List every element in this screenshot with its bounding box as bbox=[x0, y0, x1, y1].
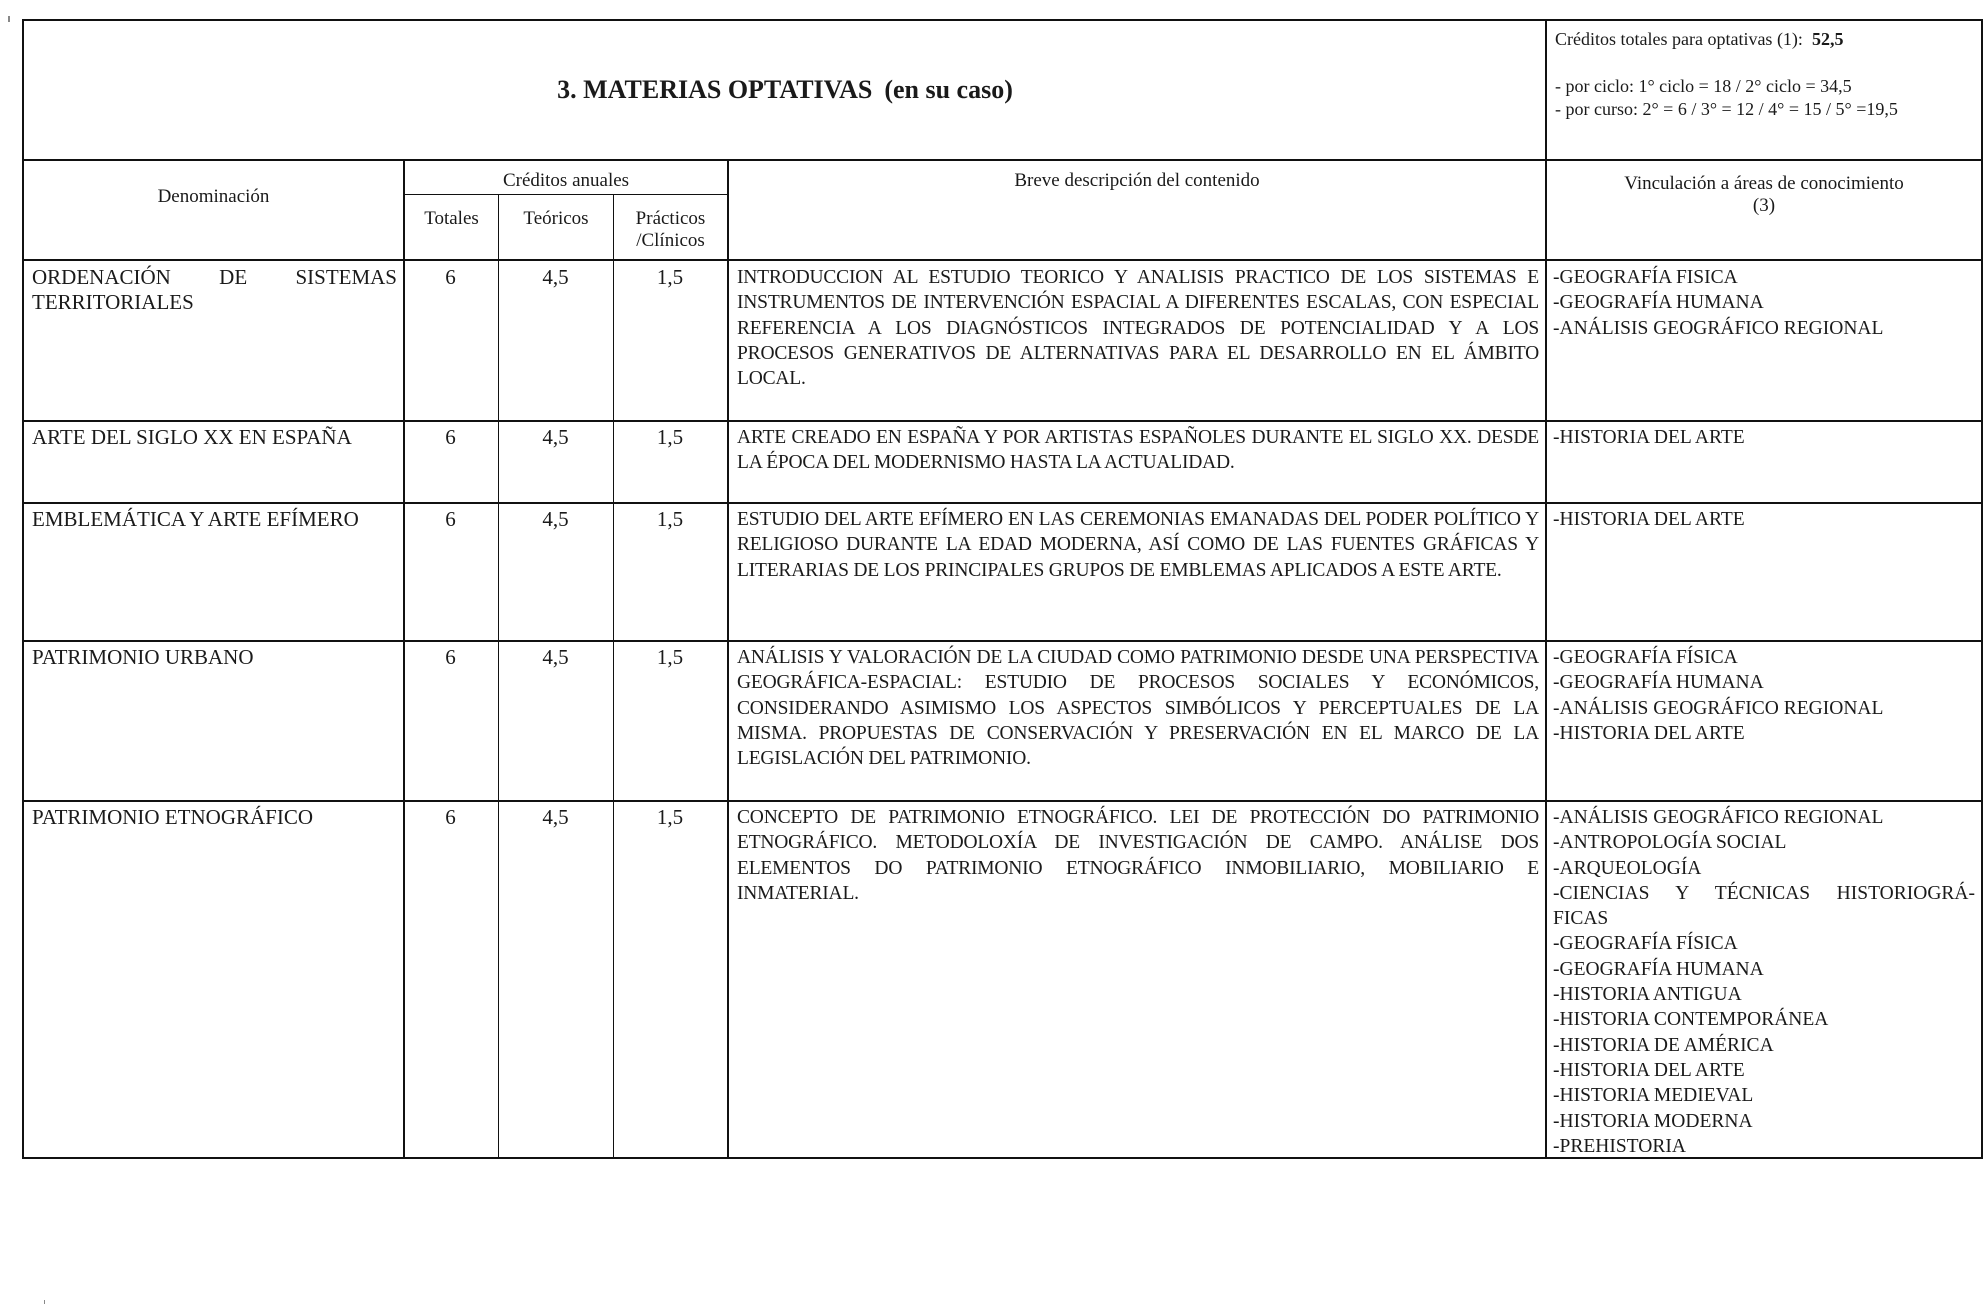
subject-name: ORDENACIÓN DE SISTEMAS TERRITORIALES bbox=[24, 265, 403, 315]
knowledge-areas-list: -ANÁLISIS GEOGRÁFICO REGIONAL-ANTROPOLOG… bbox=[1547, 805, 1981, 1159]
knowledge-area-item: -HISTORIA MEDIEVAL bbox=[1553, 1083, 1975, 1108]
credits-por-curso: - por curso: 2° = 6 / 3° = 12 / 4° = 15 … bbox=[1555, 98, 1985, 121]
knowledge-area-item: -HISTORIA CONTEMPORÁNEA bbox=[1553, 1007, 1975, 1032]
table-border bbox=[22, 259, 1983, 261]
knowledge-area-item: -GEOGRAFÍA FÍSICA bbox=[1553, 931, 1975, 956]
table-border bbox=[403, 194, 729, 195]
scan-artifact bbox=[44, 1300, 45, 1304]
table-border bbox=[1981, 503, 1983, 641]
knowledge-area-item: -HISTORIA DE AMÉRICA bbox=[1553, 1033, 1975, 1058]
header-practicos-line2: /Clínicos bbox=[614, 230, 727, 252]
section-title-text: 3. MATERIAS OPTATIVAS bbox=[557, 75, 872, 105]
total-credits-value: 52,5 bbox=[1812, 29, 1844, 49]
credits-totales: 6 bbox=[403, 265, 498, 290]
knowledge-area-item: -ANÁLISIS GEOGRÁFICO REGIONAL bbox=[1553, 316, 1975, 341]
credits-teoricos: 4,5 bbox=[498, 265, 613, 290]
knowledge-areas-list: -GEOGRAFÍA FÍSICA-GEOGRAFÍA HUMANA-ANÁLI… bbox=[1547, 645, 1981, 746]
header-vinculacion: Vinculación a áreas de conocimiento (3) bbox=[1547, 173, 1981, 217]
header-denominacion: Denominación bbox=[24, 186, 403, 208]
credits-teoricos: 4,5 bbox=[498, 425, 613, 450]
credits-teoricos: 4,5 bbox=[498, 507, 613, 532]
credits-practicos: 1,5 bbox=[613, 805, 727, 830]
header-vinculacion-line1: Vinculación a áreas de conocimiento bbox=[1547, 173, 1981, 195]
knowledge-areas-list: -GEOGRAFÍA FISICA-GEOGRAFÍA HUMANA-ANÁLI… bbox=[1547, 265, 1981, 341]
subject-description: INTRODUCCION AL ESTUDIO TEORICO Y ANALIS… bbox=[729, 265, 1545, 391]
knowledge-areas-list: -HISTORIA DEL ARTE bbox=[1547, 425, 1981, 450]
header-vinculacion-line2: (3) bbox=[1547, 195, 1981, 217]
header-totales: Totales bbox=[405, 208, 498, 230]
knowledge-area-item: -HISTORIA MODERNA bbox=[1553, 1109, 1975, 1134]
credits-teoricos: 4,5 bbox=[498, 645, 613, 670]
header-teoricos: Teóricos bbox=[499, 208, 613, 230]
knowledge-area-item: -PREHISTORIA bbox=[1553, 1134, 1975, 1159]
table-border bbox=[403, 801, 405, 1158]
knowledge-area-item: -ANÁLISIS GEOGRÁFICO REGIONAL bbox=[1553, 696, 1975, 721]
subject-description: CONCEPTO DE PATRIMONIO ETNOGRÁFICO. LEI … bbox=[729, 805, 1545, 906]
knowledge-area-item: -GEOGRAFÍA HUMANA bbox=[1553, 670, 1975, 695]
knowledge-area-item: -ARQUEOLOGÍA bbox=[1553, 856, 1975, 881]
knowledge-area-item: -HISTORIA DEL ARTE bbox=[1553, 425, 1975, 450]
table-border bbox=[1981, 641, 1983, 801]
subject-name: PATRIMONIO URBANO bbox=[24, 645, 403, 670]
knowledge-area-item: -GEOGRAFÍA FISICA bbox=[1553, 265, 1975, 290]
table-border bbox=[22, 502, 1983, 504]
knowledge-area-item: -HISTORIA DEL ARTE bbox=[1553, 721, 1975, 746]
credits-totales: 6 bbox=[403, 425, 498, 450]
table-border bbox=[613, 801, 614, 1158]
subject-description: ANÁLISIS Y VALORACIÓN DE LA CIUDAD COMO … bbox=[729, 645, 1545, 771]
subject-name: ARTE DEL SIGLO XX EN ESPAÑA bbox=[24, 425, 403, 450]
knowledge-area-item: -ANTROPOLOGÍA SOCIAL bbox=[1553, 830, 1975, 855]
header-creditos-anuales: Créditos anuales bbox=[405, 170, 727, 192]
credits-summary: Créditos totales para optativas (1): 52,… bbox=[1555, 28, 1985, 121]
knowledge-area-item: -HISTORIA DEL ARTE bbox=[1553, 1058, 1975, 1083]
header-practicos: Prácticos /Clínicos bbox=[614, 208, 727, 252]
credits-por-ciclo: - por ciclo: 1° ciclo = 18 / 2° ciclo = … bbox=[1555, 75, 1985, 98]
subject-description: ARTE CREADO EN ESPAÑA Y POR ARTISTAS ESP… bbox=[729, 425, 1545, 476]
knowledge-area-item: -HISTORIA DEL ARTE bbox=[1553, 507, 1975, 532]
knowledge-area-item: -CIENCIAS Y TÉCNICAS HISTORIOGRÁ- bbox=[1553, 881, 1975, 906]
credits-totales: 6 bbox=[403, 645, 498, 670]
credits-practicos: 1,5 bbox=[613, 265, 727, 290]
table-border bbox=[22, 420, 1983, 422]
subject-name: PATRIMONIO ETNOGRÁFICO bbox=[24, 805, 403, 830]
knowledge-areas-list: -HISTORIA DEL ARTE bbox=[1547, 507, 1981, 532]
subject-name: EMBLEMÁTICA Y ARTE EFÍMERO bbox=[24, 507, 403, 532]
credits-totales: 6 bbox=[403, 805, 498, 830]
knowledge-area-item: -ANÁLISIS GEOGRÁFICO REGIONAL bbox=[1553, 805, 1975, 830]
section-title: 3. MATERIAS OPTATIVAS (en su caso) bbox=[22, 20, 1548, 160]
table-border bbox=[22, 640, 1983, 642]
total-credits-label: Créditos totales para optativas (1): bbox=[1555, 29, 1803, 49]
knowledge-area-item: -GEOGRAFÍA FÍSICA bbox=[1553, 645, 1975, 670]
table-border bbox=[22, 800, 1983, 802]
table-border bbox=[22, 801, 24, 1158]
table-border bbox=[1981, 421, 1983, 503]
knowledge-area-item: -GEOGRAFÍA HUMANA bbox=[1553, 957, 1975, 982]
table-border bbox=[1981, 801, 1983, 1158]
table-border bbox=[498, 801, 499, 1158]
scan-artifact bbox=[8, 16, 10, 22]
knowledge-area-item: FICAS bbox=[1553, 906, 1975, 931]
table-border bbox=[1981, 261, 1983, 421]
subject-description: ESTUDIO DEL ARTE EFÍMERO EN LAS CEREMONI… bbox=[729, 507, 1545, 583]
knowledge-area-item: -HISTORIA ANTIGUA bbox=[1553, 982, 1975, 1007]
credits-totales: 6 bbox=[403, 507, 498, 532]
credits-practicos: 1,5 bbox=[613, 425, 727, 450]
knowledge-area-item: -GEOGRAFÍA HUMANA bbox=[1553, 290, 1975, 315]
section-subtitle: (en su caso) bbox=[884, 75, 1013, 105]
credits-practicos: 1,5 bbox=[613, 645, 727, 670]
credits-teoricos: 4,5 bbox=[498, 805, 613, 830]
header-practicos-line1: Prácticos bbox=[614, 208, 727, 230]
header-descripcion: Breve descripción del contenido bbox=[729, 170, 1545, 192]
credits-practicos: 1,5 bbox=[613, 507, 727, 532]
